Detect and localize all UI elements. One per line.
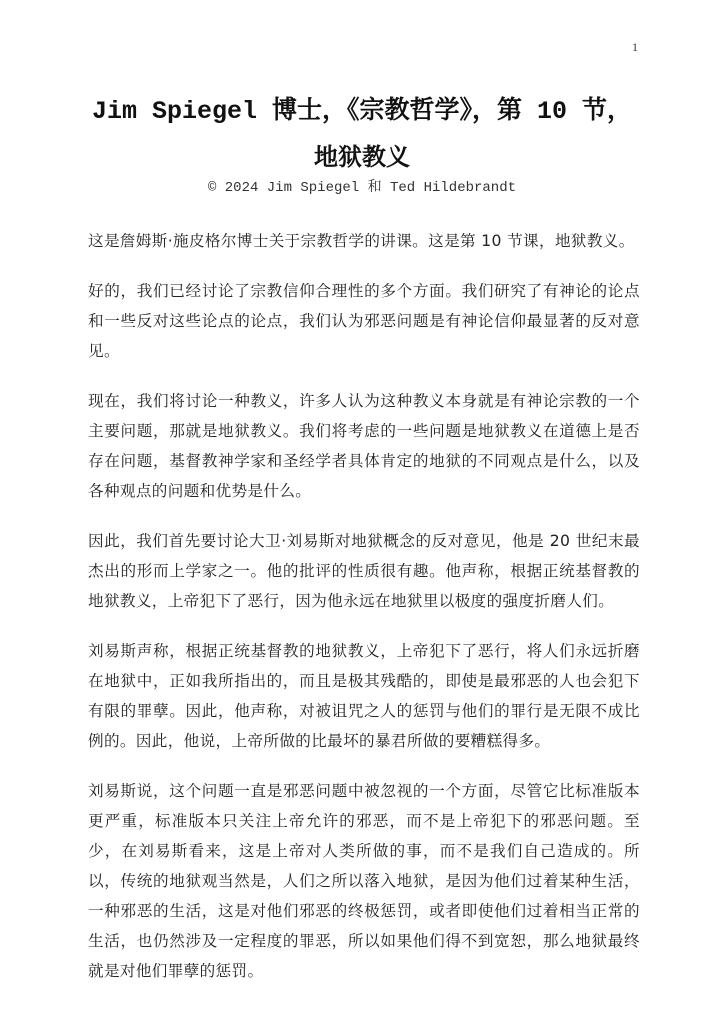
paragraph: 刘易斯声称，根据正统基督教的地狱教义，上帝犯下了恶行，将人们永远折磨在地狱中，正… <box>88 636 640 756</box>
page-number: 1 <box>629 40 641 55</box>
paragraph: 好的，我们已经讨论了宗教信仰合理性的多个方面。我们研究了有神论的论点和一些反对这… <box>88 276 640 366</box>
document-title-line-2: 地狱教义 <box>60 142 664 172</box>
copyright-notice: © 2024 Jim Spiegel 和 Ted Hildebrandt <box>60 176 664 196</box>
document-title-line-1: Jim Spiegel 博士，《宗教哲学》，第 10 节， <box>60 97 664 127</box>
paragraph: 这是詹姆斯·施皮格尔博士关于宗教哲学的讲课。这是第 10 节课，地狱教义。 <box>88 226 640 256</box>
paragraph: 刘易斯说，这个问题一直是邪恶问题中被忽视的一个方面，尽管它比标准版本更严重，标准… <box>88 776 640 986</box>
document-body: 这是詹姆斯·施皮格尔博士关于宗教哲学的讲课。这是第 10 节课，地狱教义。 好的… <box>88 226 640 1006</box>
paragraph: 现在，我们将讨论一种教义，许多人认为这种教义本身就是有神论宗教的一个主要问题，那… <box>88 386 640 506</box>
paragraph: 因此，我们首先要讨论大卫·刘易斯对地狱概念的反对意见，他是 20 世纪末最杰出的… <box>88 526 640 616</box>
